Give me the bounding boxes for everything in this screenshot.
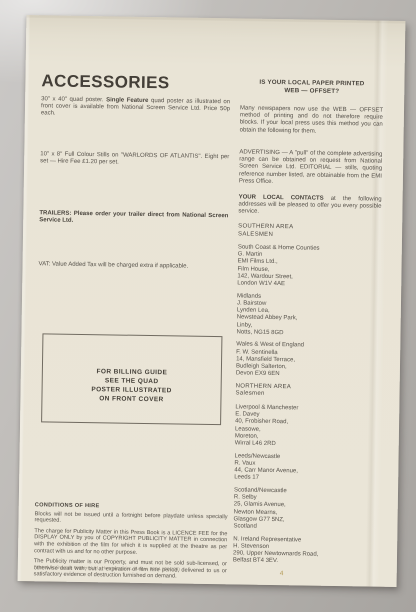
web-offset-paragraph: Many newspapers now use the WEB — OFFSET… [240, 105, 383, 136]
contact-block: Leeds/Newcastle R. Vaux 44, Carr Manor A… [234, 453, 377, 484]
contact-block: Wales & West of England F. W. Sentinella… [236, 342, 380, 380]
contacts-list: SOUTHERN AREA SALESMEN South Coast & Hom… [233, 223, 381, 572]
contact-block: Midlands J. Bairstow Lynden Lea, Newstea… [236, 293, 380, 338]
billing-guide-text: FOR BILLING GUIDE SEE THE QUAD POSTER IL… [42, 366, 221, 405]
contact-block: South Coast & Home Counties G. Martin EM… [237, 244, 381, 289]
contact-address: R. Vaux 44, Carr Manor Avenue, Leeds 17 [234, 460, 298, 481]
contact-address: E. Davey 40, Frobisher Road, Leasowe, Mo… [235, 412, 288, 447]
contact-region: South Coast & Home Counties [238, 244, 320, 251]
contact-address: R. Selby 25, Glamis Avenue, Newton Mearn… [233, 495, 285, 530]
contact-region: Leeds/Newcastle [235, 453, 281, 460]
trailers-paragraph: TRAILERS: Please order your trailer dire… [39, 210, 228, 227]
contact-block: Scotland/Newcastle R. Selby 25, Glamis A… [233, 487, 377, 532]
northern-area-heading: NORTHERN AREA Salesmen [235, 383, 378, 400]
accessories-heading: ACCESSORIES [41, 71, 169, 93]
local-contacts-intro: YOUR LOCAL CONTACTS at the following add… [238, 194, 381, 218]
quad-poster-paragraph: 30" x 40" quad poster. Single Feature qu… [41, 96, 230, 121]
quad-poster-bold: Single Feature [106, 97, 148, 104]
contact-block: Liverpool & Manchester E. Davey 40, Frob… [235, 404, 379, 449]
conditions-paragraph-1: Blocks will not be issued until a fortni… [34, 511, 227, 527]
contact-address: J. Bairstow Lynden Lea, Newstead Abbey P… [236, 300, 297, 336]
page-number: 4 [280, 570, 284, 577]
photo-background: ACCESSORIES 30" x 40" quad poster. Singl… [0, 0, 416, 612]
vat-note: VAT: Value Added Tax will be charged ext… [38, 261, 227, 271]
web-offset-heading: IS YOUR LOCAL PAPER PRINTED WEB — OFFSET… [240, 78, 383, 96]
billing-guide-box: FOR BILLING GUIDE SEE THE QUAD POSTER IL… [41, 333, 222, 425]
contact-address: H. Stevenson 290, Upper Newtownards Road… [233, 543, 319, 564]
conditions-paragraph-2: The charge for Publicity Matter in this … [34, 528, 227, 557]
contact-region: Wales & West of England [236, 342, 304, 349]
local-contacts-intro-bold: YOUR LOCAL CONTACTS [239, 194, 324, 201]
conditions-of-hire-section: CONDITIONS OF HIRE Blocks will not be is… [34, 502, 228, 585]
contact-region: N. Ireland Representative [233, 536, 301, 543]
southern-area-heading: SOUTHERN AREA SALESMEN [238, 223, 381, 240]
contact-address: F. W. Sentinella 14, Mansfield Terrace, … [236, 349, 295, 377]
quad-poster-pre: 30" x 40" quad poster. [41, 96, 106, 103]
paper-page: ACCESSORIES 30" x 40" quad poster. Singl… [18, 15, 406, 587]
contact-block: N. Ireland Representative H. Stevenson 2… [233, 536, 376, 567]
stills-paragraph: 10" x 8" Full Colour Stills on "WARLORDS… [40, 151, 229, 168]
contact-region: Midlands [237, 293, 261, 299]
contact-address: G. Martin EMI Films Ltd., Film House, 14… [237, 252, 293, 288]
contact-region: Liverpool & Manchester [235, 404, 298, 411]
advertising-paragraph: ADVERTISING — A "pull" of the complete a… [239, 149, 383, 187]
contact-region: Scotland/Newcastle [234, 487, 287, 494]
